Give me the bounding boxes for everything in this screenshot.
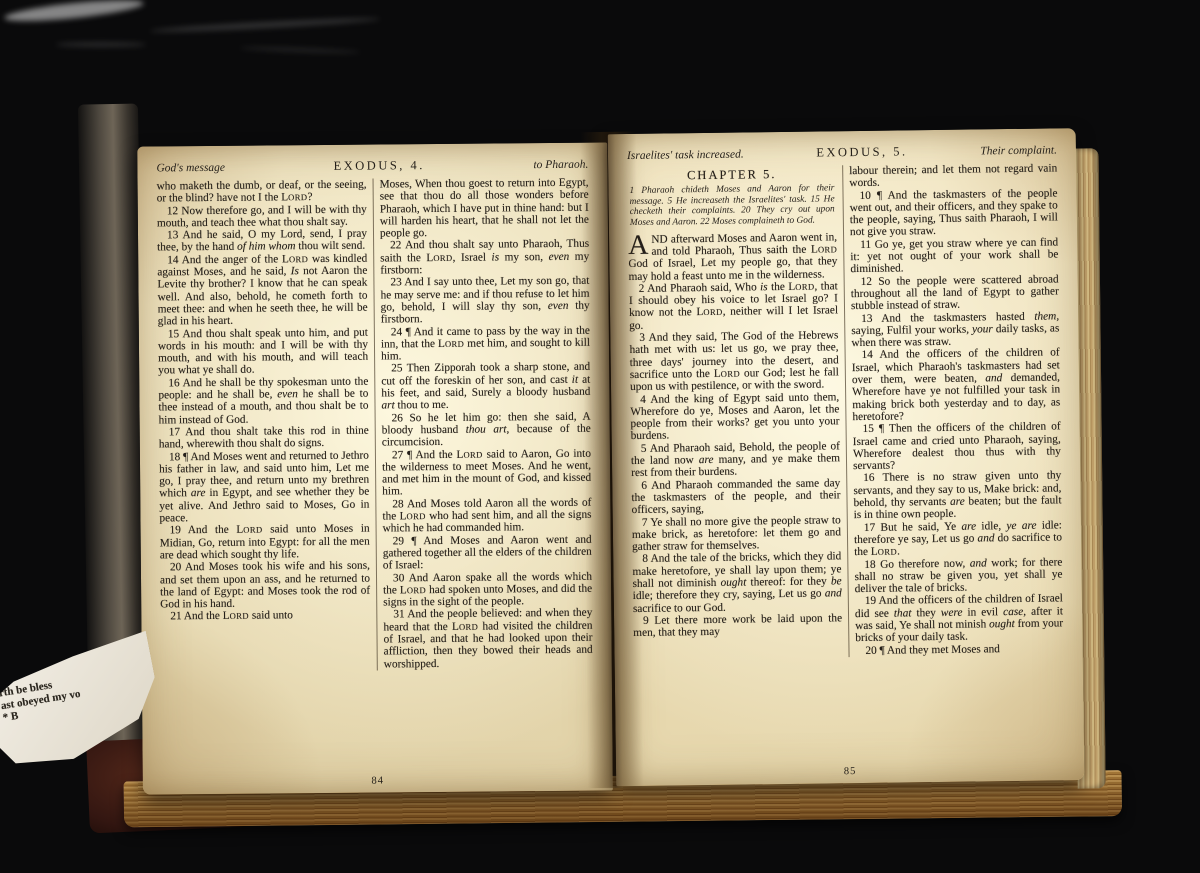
verse-text: 15 ¶ Then the officers of the children o… [853, 421, 1062, 473]
right-page-number: 85 [616, 763, 1084, 780]
verse-text: 16 And he shall be thy spokesman unto th… [158, 375, 368, 426]
verse-text: 19 And the LORD said unto Moses in Midia… [160, 523, 370, 562]
left-page-column-1: who maketh the dumb, or deaf, or the see… [151, 179, 377, 673]
verse-text: 22 And thou shalt say unto Pharaoh, Thus… [380, 238, 589, 277]
verse-text: 27 ¶ And the LORD said to Aaron, Go into… [382, 447, 591, 498]
running-head-right: Their complaint. [980, 144, 1057, 157]
verse-text: who maketh the dumb, or deaf, or the see… [157, 179, 367, 205]
left-page-columns: who maketh the dumb, or deaf, or the see… [151, 177, 599, 673]
chapter-summary: 1 Pharaoh chideth Moses and Aaron for th… [629, 184, 835, 229]
verse-text: 3 And they said, The God of the Hebrews … [629, 329, 839, 393]
verse-text: 18 Go therefore now, and work; for there… [854, 556, 1062, 596]
verse-text: Moses, When thou goest to return into Eg… [380, 177, 590, 240]
verse-text: 30 And Aaron spake all the words which t… [383, 570, 592, 609]
scanner-light-streak [150, 16, 380, 34]
verse-text: 18 ¶ And Moses went and returned to Jeth… [159, 449, 370, 525]
running-head-right: to Pharaoh. [533, 159, 588, 171]
verse-text: 20 And Moses took his wife and his sons,… [160, 560, 370, 611]
verse-text: 29 ¶ And Moses and Aaron went and gather… [383, 533, 592, 572]
verse-text: 14 And the officers of the children of I… [852, 347, 1061, 423]
verse-text: 25 Then Zipporah took a sharp stone, and… [381, 361, 590, 412]
right-page: Israelites' task increased. EXODUS, 5. T… [608, 128, 1084, 786]
left-page: God's message EXODUS, 4. to Pharaoh. who… [137, 143, 613, 795]
verse-text: 31 And the people believed: and when the… [383, 607, 593, 670]
verse-text: 5 And Pharaoh said, Behold, the people o… [631, 440, 840, 480]
photo-scene: God's message EXODUS, 4. to Pharaoh. who… [0, 0, 1200, 873]
verse-text: AND afterward Moses and Aaron went in, a… [628, 231, 838, 283]
verse-text: 21 And the LORD said unto [160, 609, 370, 623]
running-head-center: EXODUS, 4. [334, 158, 425, 174]
running-head-left: God's message [156, 162, 225, 175]
drop-cap: A [628, 233, 652, 256]
verse-text: 20 ¶ And they met Moses and [855, 642, 1063, 657]
scanner-light-streak [4, 0, 145, 25]
running-head-center: EXODUS, 5. [816, 144, 908, 160]
right-running-head: Israelites' task increased. EXODUS, 5. T… [627, 142, 1057, 163]
verse-text: 8 And the tale of the bricks, which they… [632, 551, 842, 615]
verse-text: 17 And thou shalt take this rod in thine… [159, 425, 369, 451]
verse-text: 12 So the people were scattered abroad t… [851, 273, 1059, 313]
verse-text: 13 And he said, O my Lord, send, I pray … [157, 228, 367, 254]
open-bible: God's message EXODUS, 4. to Pharaoh. who… [94, 82, 1104, 841]
verse-text: 28 And Moses told Aaron all the words of… [382, 496, 591, 535]
verse-text: 26 So he let him go: then she said, A bl… [382, 410, 591, 449]
right-page-column-1: CHAPTER 5. 1 Pharaoh chideth Moses and A… [621, 165, 848, 660]
verse-text: 7 Ye shall no more give the people straw… [632, 514, 841, 554]
verse-text: labour therein; and let them not regard … [849, 162, 1057, 189]
verse-text: 6 And Pharaoh commanded the same day the… [631, 477, 840, 517]
scanner-light-streak [56, 42, 146, 47]
left-page-number: 84 [143, 773, 613, 788]
scanner-light-streak [240, 46, 360, 54]
chapter-heading: CHAPTER 5. [627, 167, 836, 182]
right-page-column-2: labour therein; and let them not regard … [842, 162, 1069, 657]
verse-text: 19 And the officers of the children of I… [855, 593, 1064, 645]
verse-text: 2 And Pharaoh said, Who is the LORD, tha… [629, 280, 839, 332]
verse-text: 9 Let there more work be laid upon the m… [633, 612, 842, 639]
verse-text: 13 And the taskmasters hasted them, sayi… [851, 310, 1059, 350]
verse-text: 14 And the anger of the LORD was kindled… [157, 252, 368, 328]
left-running-head: God's message EXODUS, 4. to Pharaoh. [156, 157, 588, 176]
verse-text: 15 And thou shalt speak unto him, and pu… [158, 326, 368, 377]
right-page-columns: CHAPTER 5. 1 Pharaoh chideth Moses and A… [621, 162, 1069, 660]
verse-text: 11 Go ye, get you straw where ye can fin… [850, 236, 1058, 276]
chapter-verses: AND afterward Moses and Aaron went in, a… [628, 231, 842, 639]
verse-text: 23 And I say unto thee, Let my son go, t… [380, 275, 589, 326]
left-page-column-2: Moses, When thou goest to return into Eg… [373, 177, 599, 671]
torn-scrap-text: rth be blessast obeyed my vo* B [0, 634, 158, 727]
verse-text: 10 ¶ And the taskmasters of the people w… [849, 187, 1058, 239]
running-head-left: Israelites' task increased. [627, 149, 744, 163]
verse-text: 4 And the king of Egypt said unto them, … [630, 391, 840, 443]
verse-text: 12 Now therefore go, and I will be with … [157, 203, 367, 229]
verse-text: 24 ¶ And it came to pass by the way in t… [381, 324, 590, 363]
verse-text: 16 There is no straw given unto thy serv… [853, 470, 1062, 522]
verse-text: 17 But he said, Ye are idle, ye are idle… [854, 519, 1062, 559]
